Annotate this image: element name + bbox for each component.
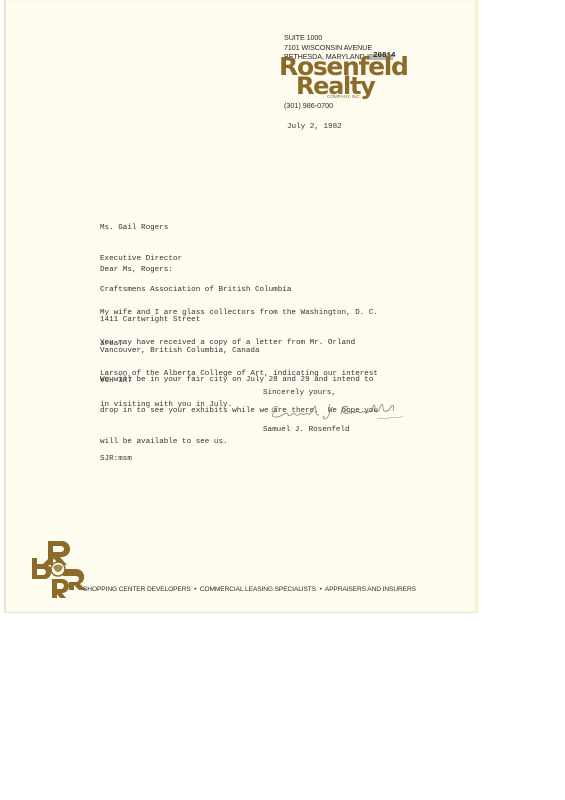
letter-date: July 2, 1982 (287, 122, 342, 132)
rrr-monogram-logo-icon (30, 539, 88, 599)
closing: Sincerely yours, (263, 388, 336, 398)
reference-initials: SJR:msm (100, 454, 132, 464)
paragraph-line: will be available to see us. (100, 437, 378, 447)
address-line: SUITE 1000 (284, 33, 393, 43)
paragraph-line: You may have received a copy of a letter… (100, 338, 378, 348)
recipient-line: Ms. Gail Rogers (100, 223, 291, 233)
signer-name: Samuel J. Rosenfeld (263, 425, 350, 435)
footer-tagline: SHOPPING CENTER DEVELOPERS • COMMERCIAL … (83, 586, 416, 593)
company-suffix: COMPANY, INC. (327, 94, 361, 99)
letterhead-phone: (301) 986-0700 (284, 101, 333, 110)
address-line: 7101 WISCONSIN AVENUE (284, 43, 393, 53)
salutation: Dear Ms, Rogers: (100, 265, 173, 275)
handwritten-signature (265, 398, 415, 422)
recipient-line: Executive Director (100, 254, 291, 264)
paragraph-line: We will be in your fair city on July 28 … (100, 375, 378, 385)
